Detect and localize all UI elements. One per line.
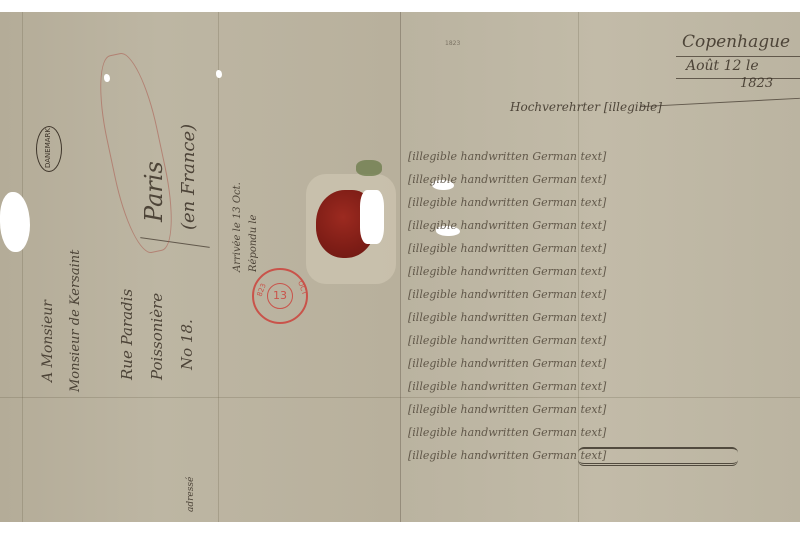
torn-hole: [216, 70, 222, 78]
letter-line: [illegible handwritten German text]: [408, 380, 606, 393]
recipient-line: Poissonière: [148, 293, 166, 380]
lower-note: adressé: [186, 477, 196, 512]
oval-stamp: DANEMARK: [36, 126, 62, 172]
letter-line: [illegible handwritten German text]: [408, 357, 606, 370]
letter-line: [illegible handwritten German text]: [408, 311, 606, 324]
recipient-line: Monsieur de Kersaint: [68, 250, 83, 392]
letter-line: [illegible handwritten German text]: [408, 334, 606, 347]
letter-line: [illegible handwritten German text]: [408, 196, 606, 209]
country-name: (en France): [178, 124, 199, 230]
arrival-note: Arrivée le 13 Oct.: [232, 182, 243, 272]
docket-year: 1823: [740, 76, 773, 91]
letter-line: [illegible handwritten German text]: [408, 449, 606, 462]
docket-underline: [676, 78, 800, 79]
letter-line: [illegible handwritten German text]: [408, 265, 606, 278]
letter-line: [illegible handwritten German text]: [408, 173, 606, 186]
letter-line: [illegible handwritten German text]: [408, 426, 606, 439]
letter-sheet: DANEMARK A Monsieur Monsieur de Kersaint…: [0, 12, 800, 522]
struck-out-word: [578, 447, 738, 466]
letter-line: [illegible handwritten German text]: [408, 288, 606, 301]
docket-place: Copenhague: [682, 32, 790, 52]
letter-line: [illegible handwritten German text]: [408, 150, 606, 163]
fold-line: [218, 12, 219, 522]
fold-line: [22, 12, 23, 522]
archive-number: 1823: [445, 40, 460, 47]
docket-underline: [676, 56, 800, 57]
postmark-day: 13: [267, 283, 293, 309]
recipient-line: Rue Paradis: [118, 289, 136, 380]
reply-note: Répondu le: [248, 215, 259, 272]
letter-line: [illegible handwritten German text]: [408, 219, 606, 232]
seal-tear: [360, 190, 384, 244]
center-fold: [400, 12, 401, 522]
fold-line: [0, 397, 800, 398]
docket-date: Août 12 le: [686, 58, 759, 74]
recipient-line: No 18.: [178, 319, 196, 370]
seal-green-fragment: [356, 160, 382, 176]
salutation: Hochverehrter [illegible]: [510, 100, 662, 114]
postmark-stamp: OCT 823 13: [252, 268, 308, 324]
letter-line: [illegible handwritten German text]: [408, 403, 606, 416]
letter-line: [illegible handwritten German text]: [408, 242, 606, 255]
recipient-line: A Monsieur: [40, 300, 56, 382]
